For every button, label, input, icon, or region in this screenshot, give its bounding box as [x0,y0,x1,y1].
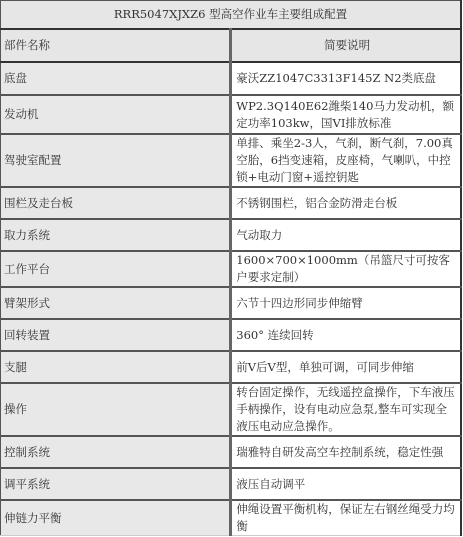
row-name: 控制系统 [1,436,231,468]
row-name: 工作平台 [1,251,231,287]
table-row-pto: 取力系统 气动取力 [1,219,462,251]
table-row-engine: 发动机 WP2.3Q140E62潍柴140马力发动机，额定功率103kw，国VI… [1,95,462,134]
header-row: 部件名称 简要说明 [1,29,462,62]
row-desc: 气动取力 [231,219,461,251]
row-desc: 豪沃ZZ1047C3313F145Z N2类底盘 [231,62,461,95]
row-name: 支腿 [1,351,231,383]
row-name: 取力系统 [1,219,231,251]
row-desc: 前V后V型，单独可调，可同步伸缩 [231,351,461,383]
row-desc: 液压自动调平 [231,468,461,500]
table-row-railing: 围栏及走台板 不锈钢围栏，铝合金防滑走台板 [1,187,462,219]
table-row-boom: 臂架形式 六节十四边形同步伸缩臂 [1,287,462,319]
row-name: 臂架形式 [1,287,231,319]
table-row-cab: 驾驶室配置 单排、乘坐2-3人，气刹，断气刹，7.00真空胎，6挡变速箱，皮座椅… [1,134,462,187]
header-name-label: 部件名称 [1,29,231,62]
row-desc: 360° 连续回转 [231,319,461,351]
table-row-platform: 工作平台 1600×700×1000mm（吊篮尺寸可按客户要求定制） [1,251,462,287]
row-desc: 六节十四边形同步伸缩臂 [231,287,461,319]
table-row-control-system: 控制系统 瑞雅特自研发高空车控制系统，稳定性强 [1,436,462,468]
row-desc: 伸绳设置平衡机构，保证左右钢丝绳受力均衡 [231,500,461,536]
row-desc: 单排、乘坐2-3人，气刹，断气刹，7.00真空胎，6挡变速箱，皮座椅，气喇叭，中… [231,134,461,187]
row-name: 调平系统 [1,468,231,500]
row-desc: 1600×700×1000mm（吊篮尺寸可按客户要求定制） [231,251,461,287]
row-name: 回转装置 [1,319,231,351]
row-desc: 转台固定操作，无线遥控盒操作，下车液压手柄操作，设有电动应急泵,整车可实现全液压… [231,383,461,436]
row-desc: WP2.3Q140E62潍柴140马力发动机，额定功率103kw，国VI排放标准 [231,95,461,134]
header-desc-label: 简要说明 [231,29,461,62]
row-desc: 不锈钢围栏，铝合金防滑走台板 [231,187,461,219]
row-name: 伸链力平衡 [1,500,231,536]
table-row-chain-balance: 伸链力平衡 伸绳设置平衡机构，保证左右钢丝绳受力均衡 [1,500,462,536]
spec-table: RRR5047XJXZ6 型高空作业车主要组成配置 部件名称 简要说明 底盘 豪… [0,0,462,536]
table-title: RRR5047XJXZ6 型高空作业车主要组成配置 [1,1,462,30]
row-name: 操作 [1,383,231,436]
row-name: 底盘 [1,62,231,95]
table-row-outriggers: 支腿 前V后V型，单独可调，可同步伸缩 [1,351,462,383]
table-row-slewing: 回转装置 360° 连续回转 [1,319,462,351]
row-name: 驾驶室配置 [1,134,231,187]
table-row-chassis: 底盘 豪沃ZZ1047C3313F145Z N2类底盘 [1,62,462,95]
title-row: RRR5047XJXZ6 型高空作业车主要组成配置 [1,1,462,30]
row-name: 发动机 [1,95,231,134]
table-row-leveling: 调平系统 液压自动调平 [1,468,462,500]
row-name: 围栏及走台板 [1,187,231,219]
row-desc: 瑞雅特自研发高空车控制系统，稳定性强 [231,436,461,468]
table-row-operation: 操作 转台固定操作，无线遥控盒操作，下车液压手柄操作，设有电动应急泵,整车可实现… [1,383,462,436]
